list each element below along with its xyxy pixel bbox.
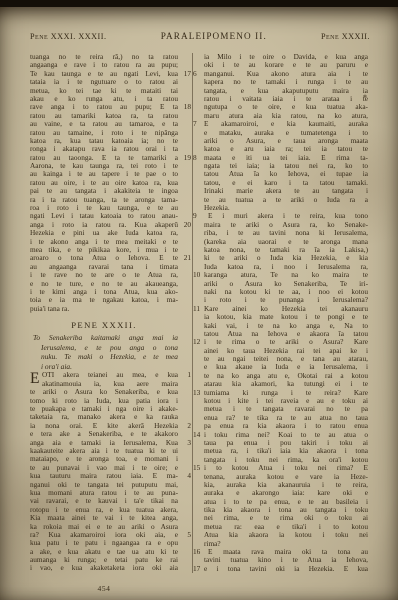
line-text: a ake, e kua akatu e tae ua atu ki te: [30, 548, 178, 556]
line-text: Kare ainei ko Hezekia tei akanauru: [204, 305, 368, 313]
text-line: tangata i toku nei rima, ka ora'i kotou: [204, 456, 368, 464]
line-text: ra? Kua akamaroiroi iora oki aia, e: [30, 531, 178, 539]
line-text: ia kotou, kia mate kotou i te pongi e te: [204, 313, 368, 321]
left-text-column: tuanga no te reira rā,) no ta ratouangaa…: [30, 53, 178, 573]
line-text: atarau kia akamori, ka tutungi ei i te: [204, 380, 368, 388]
line-text: enua ra? te tika ra te au atua no taua: [204, 414, 368, 422]
text-line: te au punavai i vao mai i te oire; e: [30, 464, 178, 472]
text-line: pai te au tangata i akakiteia te ingoa: [30, 187, 178, 195]
line-text: mea tika, e te pikikaa kore, i mua i te: [30, 246, 178, 254]
line-text: manganui. Kua akono atura aia i te: [204, 70, 368, 78]
line-text: metua ra: eaa e tika'i i to kotou: [204, 523, 368, 531]
line-text: roa i roto i te kau taunga, e te au: [30, 204, 178, 212]
verse-number: 12: [193, 338, 200, 346]
line-text: Ierusalema, e te pou anga o tona: [30, 343, 178, 353]
text-line: ariki o Asura ko Senakeriba, Te iri-: [204, 280, 368, 288]
line-text: karanga atura, Te na ko maira te: [204, 271, 368, 279]
text-line: i vao, e kua akaketaketa iora oki aia: [30, 564, 178, 572]
text-line: e kua akaue ia Iuda e ia Ierusalema, i: [204, 363, 368, 371]
text-line: riba, i te au tavini nona ki Ierusalema,: [204, 229, 368, 237]
line-text: ka rokoia mai ei e te au ariki o Asura: [30, 523, 178, 531]
line-text: e mataku, auraka e tumatetenga i to: [204, 129, 368, 137]
line-text: kua momani atura ratou i te au puna-: [30, 489, 178, 497]
line-text: au angaanga ravarai tana i timata: [30, 263, 178, 271]
text-line: kua patu i te patu i ngaangaa ra e opu: [30, 539, 178, 547]
text-line: kaakauteite akera aia i te tuatua ki te …: [30, 447, 178, 455]
text-line: rotopu i te enua ra, e kua tuatua akera,: [30, 506, 178, 514]
line-text: tataia ia i te ngutuare o to ratou ai: [30, 78, 178, 86]
text-line: e tera ake a Senakeriba, e te akakoro: [30, 430, 178, 438]
line-text: oki i te au korare e te au paruru e: [204, 61, 368, 69]
line-text: i te kimi anga i tona Atua, kua ako-: [30, 288, 178, 296]
text-line: atua i to te pa enua, e te au basileia i: [204, 498, 368, 506]
line-text: Kia maata ainei te vai i te kitea anga,: [30, 514, 178, 522]
line-text: te au punavai i vao mai i te oire; e: [30, 464, 178, 472]
text-line: katoa e aru iaia ra; tei ia tatou te: [204, 145, 368, 153]
line-text: tuanga no te reira rā,) no ta ratou: [30, 53, 178, 61]
line-text: katoa ra, kua tatau katoaia ia; no te: [30, 137, 178, 145]
line-text: tatou, e ei karo i ta tatou tamaki.: [204, 179, 368, 187]
line-text: metua i te tangata ravarai no te pa: [204, 405, 368, 413]
verse-number: 3: [187, 439, 191, 447]
line-text: au vaine, e ta ratou au tamaroa, e ta: [30, 120, 178, 128]
text-line: tavini tuatua kino i te Atua ia Iehova,: [204, 556, 368, 564]
text-line: tatou Atua īa ko Iehova, ei tupae ia: [204, 170, 368, 178]
text-line: Hezekia e pini ua ake Iuda katoa ra,: [30, 229, 178, 237]
line-text: ngata tei iaia; ia tatou nei ra, ko to: [204, 162, 368, 170]
line-text: riba, i te au tavini nona ki Ierusalema,: [204, 229, 368, 237]
text-line: e i tona tavini oki ia Hezekia. E kua17: [204, 565, 368, 573]
line-text: maru atura aia kia ratou, na ko atura,: [204, 112, 368, 120]
line-text: i vao, e kua akaketaketa iora oki aia: [30, 564, 178, 572]
line-text: Hezekia e pini ua ake Iuda katoa ra,: [30, 229, 178, 237]
text-line: i te rave no te are o te Atua ra,: [30, 271, 178, 279]
text-line: ra? Kua akamaroiroi iora oki aia, e5: [30, 531, 178, 539]
verse-number: 17: [184, 70, 191, 78]
verse-number: 9: [193, 212, 197, 220]
verse-number: 4: [187, 472, 191, 480]
line-text: tangata, e kua akaputuputu maira ia: [204, 87, 368, 95]
text-line: ia Milo i te oire o Davida, e kua anga: [204, 53, 368, 61]
verse-number: 16: [193, 548, 200, 556]
running-head-right: Pene XXXII.: [321, 32, 370, 41]
line-text: kaakauteite akera aia i te tuatua ki te …: [30, 447, 178, 455]
line-text: ronga i akatapu rava ia ratou orai i ta: [30, 145, 178, 153]
line-text: te puakapa e tamaki i nga oire i akake-: [30, 405, 178, 413]
line-text: tavini tuatua kino i te Atua ia Iehova,: [204, 556, 368, 564]
text-line: kaki vai, i te na ko anga e, Na to: [204, 322, 368, 330]
line-text: E i muri akera i te reira, kua tono: [204, 212, 368, 220]
line-text: naki na kotou ki te aa, i noo ei kotou: [204, 288, 368, 296]
drop-cap: E: [30, 371, 39, 387]
line-text: puia'i tana ra.: [30, 305, 178, 313]
chapter-summary-line: Ierusalema, e te pou anga o tona: [30, 343, 178, 353]
line-text: kia, auraka kia akanauruia i te reira,: [204, 481, 368, 489]
text-line: Kare ainei ko Hezekia tei akanauru11: [204, 305, 368, 313]
text-line: kia, auraka kia akanauruia i te reira,: [204, 481, 368, 489]
line-text: auraka e akarongo iaia: kare oki e: [204, 489, 368, 497]
text-line: Aarona, te kau taunga ra, tei roto i te: [30, 162, 178, 170]
line-text: (kareka aia uaorai e te aronga mana: [204, 238, 368, 246]
verse-number: 2: [187, 422, 191, 430]
text-line: ratou au taoonga. E ta te tamariki a19: [30, 154, 178, 162]
text-line: tomo ki roto ia Iuda, kua patia iora i: [30, 397, 178, 405]
text-line: kapera no te tamaki i runga i te au: [204, 78, 368, 86]
text-line: aroaro o tona Atua o Iehova. E te21: [30, 254, 178, 262]
line-text: tatou Atua na Iehova e akaora īa tatou: [204, 330, 368, 338]
text-line: metua i te tangata ravarai no te pa: [204, 405, 368, 413]
text-line: ngata tei iaia; ia tatou nei ra, ko to: [204, 162, 368, 170]
line-text: ariki o Asura, e taua aronga maata: [204, 137, 368, 145]
line-text: ratou au tamaine, i roto i te nipānga: [30, 129, 178, 137]
line-text: ia Milo i te oire o Davida, e kua anga: [204, 53, 368, 61]
verse-number: 14: [193, 431, 200, 439]
text-line: au angaanga ravarai tana i timata: [30, 263, 178, 271]
chapter-summary-line: i ora'i aia.: [30, 362, 178, 372]
verse-number: 18: [184, 103, 191, 111]
text-line: kua tauturu maira ratou iaia. E ma-4: [30, 472, 178, 480]
line-text: kotou i kite i tei raveia e au e toku ai: [204, 397, 368, 405]
line-text: Atua kia akaora ia kotou i toku nei: [204, 531, 368, 539]
text-line: te puakapa e tamaki i nga oire i akake-: [30, 405, 178, 413]
text-line: kua momani atura ratou i te au puna-: [30, 489, 178, 497]
text-line: tatou, e ei karo i ta tatou tamaki.: [204, 179, 368, 187]
text-line: mea tika, e te pikikaa kore, i mua i te: [30, 246, 178, 254]
line-text: maira te ariki o Asura ra, ko Senake-: [204, 221, 368, 229]
line-text: te na ko anga atu e, Okotai rai a kotou: [204, 372, 368, 380]
line-text: Aarona, te kau taunga ra, tei roto i te: [30, 162, 178, 170]
text-line: ratou au oire, i te au oire katoa ra, ku…: [30, 179, 178, 187]
book-page: Pene XXXI. XXXII. PARALEIPOMENO II. Pene…: [0, 7, 398, 600]
text-line: ainei ko taua Hezekia rai tei apai ke i: [204, 347, 368, 355]
text-line: ratou au tamariki katoa ra, ta ratou: [30, 112, 178, 120]
line-text: i te rave no te are o te Atua ra,: [30, 271, 178, 279]
line-text: e i tona tavini oki ia Hezekia. E kua: [204, 565, 368, 573]
line-text: E akamaroiroi, e kia kaumaiti, auraka: [204, 120, 368, 128]
text-line: e no te ture, e no te au akaueanga,: [30, 280, 178, 288]
line-text: i roto i te punanga i Ierusalema?: [204, 296, 368, 304]
text-line: ia nona orai. E kite akerā Hezekia2: [30, 422, 178, 430]
line-text: OTI akera teianei au mea, e kua: [30, 371, 178, 379]
verse-number: 8: [193, 154, 197, 162]
line-text: pai te au tangata i akakiteia te ingoa: [30, 187, 178, 195]
text-line: pa enua ra kia akaora i to ratou enua: [204, 422, 368, 430]
text-line: ka rokoia mai ei e te au ariki o Asura: [30, 523, 178, 531]
text-line: toia e ia ma te ngakau katoa, i ma-: [30, 296, 178, 304]
text-line: enua ra? te tika ra te au atua no taua: [204, 414, 368, 422]
line-text: ratou au taoonga. E ta te tamariki a: [30, 154, 178, 162]
text-line: taketaia ra, manako akera e ka rauka: [30, 413, 178, 421]
text-line: EOTI akera teianei au mea, e kua1: [30, 371, 178, 379]
line-text: Hezekia.: [204, 204, 368, 212]
text-line: akau e ko runga atu, i ta ratou: [30, 95, 178, 103]
line-text: atua i to te pa enua, e te au basileia i: [204, 498, 368, 506]
line-text: mataiapo, e te aronga toa, e momani i: [30, 455, 178, 463]
text-line: ratou i vaitata iaia i te arataa i te: [204, 95, 368, 103]
line-text: metua ra, i tika'i iaia kia akaora i ton…: [204, 447, 368, 455]
verse-number: 1: [187, 371, 191, 379]
line-text: anga aia e tamaki ia Ierusalema, Kua: [30, 439, 178, 447]
line-text: ngutupa o te oire, e kua tuatua aka-: [204, 103, 368, 111]
line-text: tomo ki roto ia Iuda, kua patia iora i: [30, 397, 178, 405]
line-text: katoa e aru iaia ra; tei ia tatou te: [204, 145, 368, 153]
text-line: metua, ko tei tae ki te mataiti tai: [30, 87, 178, 95]
line-text: ratou i vaitata iaia i te arataa i te: [204, 95, 368, 103]
text-line: aumanga ki runga; e tetai patu ke rai: [30, 556, 178, 564]
text-columns: tuanga no te reira rā,) no ta ratouangaa…: [30, 53, 398, 573]
verse-number: 19: [184, 154, 191, 162]
text-line: ratou au tamaine, i roto i te nipānga: [30, 129, 178, 137]
right-text-column: ia Milo i te oire o Davida, e kua angaok…: [204, 53, 368, 573]
chapter-summary-line: nuku. Te maki o Hezekia, e te mea: [30, 352, 178, 362]
verse-number: 21: [184, 254, 191, 262]
line-text: tenana, auraka kotou e vare ia Heze-: [204, 473, 368, 481]
text-line: rave anga i to ratou au pupu; E ta18: [30, 103, 178, 111]
line-text: i toku rima nei? Koai to te au atua o: [204, 431, 368, 439]
book-title: PARALEIPOMENO II.: [161, 31, 267, 41]
line-text: anga i roto ia ratou ra. Kua akaperū: [30, 221, 178, 229]
line-text: kua patu i te patu i ngaangaa ra e opu: [30, 539, 178, 547]
line-text: e kua akaue ia Iuda e ia Ierusalema, i: [204, 363, 368, 371]
line-text: taua pa enua i pou takiri i toku ai: [204, 439, 368, 447]
line-text: toia e ia ma te ngakau katoa, i ma-: [30, 296, 178, 304]
line-text: akau e ko runga atu, i ta ratou: [30, 95, 178, 103]
text-line: Atua kia akaora ia kotou i toku nei: [204, 531, 368, 539]
text-line: rima?: [204, 540, 368, 548]
verse-number: 11: [193, 305, 200, 313]
text-line: Te kau taunga e te au ngati Levi, kua17: [30, 70, 178, 78]
line-text: akatinamouia ia, kua aere maira: [30, 380, 178, 388]
line-text: ngati Levi i tatau katoaia to ratou anau…: [30, 212, 178, 220]
text-line: E i muri akera i te reira, kua tono9: [204, 212, 368, 220]
text-line: anga i roto ia ratou ra. Kua akaperū20: [30, 221, 178, 229]
line-text: i ora'i aia.: [30, 362, 178, 372]
text-line: Kia maata ainei te vai i te kitea anga,: [30, 514, 178, 522]
text-line: nganui oki te tangata tei putuputu mai,: [30, 481, 178, 489]
text-line: karanga atura, Te na ko maira te10: [204, 271, 368, 279]
line-text: To Senakeriba kaitamaki anga mai ia: [30, 333, 178, 343]
line-text: E maata rava maira oki ta tona au: [204, 548, 368, 556]
text-line: i roto i te punanga i Ierusalema?: [204, 296, 368, 304]
line-text: angaanga e rave i to ratou ra au pupu;: [30, 61, 178, 69]
text-line: maru atura aia kia ratou, na ko atura,: [204, 112, 368, 120]
text-line: a ake, e kua akatu e tae ua atu ki te: [30, 548, 178, 556]
line-text: maata e iti ua tei iaia. E rima ta-: [204, 154, 368, 162]
line-text: metua, ko tei tae ki te mataiti tai: [30, 87, 178, 95]
line-text: aumanga ki runga; e tetai patu ke rai: [30, 556, 178, 564]
line-text: Iuda katoa ra, i noo i Ierusalema ra,: [204, 263, 368, 271]
page-number: 454: [30, 584, 178, 593]
text-line: tika kia akaora i tona au tangata i toku: [204, 506, 368, 514]
verse-number: 10: [193, 271, 200, 279]
text-line: tangata, e kua akaputuputu maira ia: [204, 87, 368, 95]
text-line: te au ngai teitei nona, e tana au atarau…: [204, 355, 368, 363]
text-line: maira te ariki o Asura ra, ko Senake-: [204, 221, 368, 229]
line-text: te au tuatua a te ariki o Iuda ra a: [204, 196, 368, 204]
line-text: au kainga i te au tapere i te pae o to: [30, 170, 178, 178]
line-text: ra i ta ratou tuanga, ta te aronga tama-: [30, 196, 178, 204]
text-line: ki te ariki o Iuda kia Hezekia, e kia: [204, 254, 368, 262]
text-line: i te kimi anga i tona Atua, kua ako-: [30, 288, 178, 296]
text-line: te na ko anga atu e, Okotai rai a kotou: [204, 372, 368, 380]
line-text: te au ngai teitei nona, e tana au atarau…: [204, 355, 368, 363]
text-line: tenana, auraka kotou e vare ia Heze-: [204, 473, 368, 481]
line-text: rima?: [204, 540, 368, 548]
line-text: aroaro o tona Atua o Iehova. E te: [30, 254, 178, 262]
line-text: ainei ko taua Hezekia rai tei apai ke i: [204, 347, 368, 355]
text-line: kotou i kite i tei raveia e au e toku ai: [204, 397, 368, 405]
verse-number: 15: [193, 464, 200, 472]
text-line: atarau kia akamori, ka tutungi ei i te: [204, 380, 368, 388]
text-line: roa i roto i te kau taunga, e te au: [30, 204, 178, 212]
text-line: Iuda katoa ra, i noo i Ierusalema ra,: [204, 263, 368, 271]
line-text: e no te ture, e no te au akaueanga,: [30, 280, 178, 288]
line-text: tika kia akaora i tona au tangata i toku: [204, 506, 368, 514]
line-text: Irinaki marie akera te au tangata i: [204, 187, 368, 195]
line-text: nganui oki te tangata tei putuputu mai,: [30, 481, 178, 489]
text-line: i te akono anga i te mea meitaki e te: [30, 238, 178, 246]
text-line: auraka e akarongo iaia: kare oki e: [204, 489, 368, 497]
running-head-left: Pene XXXI. XXXII.: [30, 32, 107, 41]
line-text: rave anga i to ratou au pupu; E ta: [30, 103, 178, 111]
text-line: nei rima, e te rima oki o toku ai: [204, 514, 368, 522]
text-line: tuanga no te reira rā,) no ta ratou: [30, 53, 178, 61]
text-line: puia'i tana ra.: [30, 305, 178, 313]
text-line: e mataku, auraka e tumatetenga i to: [204, 129, 368, 137]
text-line: au vaine, e ta ratou au tamaroa, e ta: [30, 120, 178, 128]
line-text: ariki o Asura ko Senakeriba, Te iri-: [204, 280, 368, 288]
text-line: ia kotou, kia mate kotou i te pongi e te: [204, 313, 368, 321]
text-line: Irinaki marie akera te au tangata i: [204, 187, 368, 195]
text-line: i te rima o te ariki o Asura? Kare12: [204, 338, 368, 346]
line-text: kua tauturu maira ratou iaia. E ma-: [30, 472, 178, 480]
text-line: ra i ta ratou tuanga, ta te aronga tama-: [30, 196, 178, 204]
text-line: te au tuatua a te ariki o Iuda ra a: [204, 196, 368, 204]
text-line: (kareka aia uaorai e te aronga mana: [204, 238, 368, 246]
chapter-heading: PENE XXXII.: [30, 313, 178, 333]
text-line: ngutupa o te oire, e kua tuatua aka-: [204, 103, 368, 111]
page-header: Pene XXXI. XXXII. PARALEIPOMENO II. Pene…: [30, 31, 370, 43]
line-text: pa enua ra kia akaora i to ratou enua: [204, 422, 368, 430]
line-text: i te akono anga i te mea meitaki e te: [30, 238, 178, 246]
verse-number: 20: [184, 221, 191, 229]
text-line: katoa nona, te tamaki ra īa ia Lakisa,): [204, 246, 368, 254]
line-text: nei rima, e te rima oki o toku ai: [204, 514, 368, 522]
line-text: ia nona orai. E kite akerā Hezekia: [30, 422, 178, 430]
text-line: manganui. Kua akono atura aia i te6: [204, 70, 368, 78]
line-text: e tera ake a Senakeriba, e te akakoro: [30, 430, 178, 438]
text-line: oki i te au korare e te au paruru e: [204, 61, 368, 69]
text-line: vai ravarai, e te kauvai i ta'e tikai na: [30, 497, 178, 505]
text-line: naki na kotou ki te aa, i noo ei kotou: [204, 288, 368, 296]
text-line: katoa ra, kua tatau katoaia ia; no te: [30, 137, 178, 145]
text-line: metua ra: eaa e tika'i i to kotou: [204, 523, 368, 531]
text-line: ngati Levi i tatau katoaia to ratou anau…: [30, 212, 178, 220]
line-text: ratou au oire, i te au oire katoa ra, ku…: [30, 179, 178, 187]
line-text: PENE XXXII.: [30, 313, 178, 333]
line-text: rotopu i te enua ra, e kua tuatua akera,: [30, 506, 178, 514]
text-line: Hezekia.: [204, 204, 368, 212]
text-line: E maata rava maira oki ta tona au16: [204, 548, 368, 556]
chapter-summary-line: To Senakeriba kaitamaki anga mai ia: [30, 333, 178, 343]
text-line: mataiapo, e te aronga toa, e momani i: [30, 455, 178, 463]
text-line: tataia ia i te ngutuare o to ratou ai: [30, 78, 178, 86]
line-text: kaki vai, i te na ko anga e, Na to: [204, 322, 368, 330]
line-text: ki te ariki o Iuda kia Hezekia, e kia: [204, 254, 368, 262]
text-line: au kainga i te au tapere i te pae o to: [30, 170, 178, 178]
line-text: Te kau taunga e te au ngati Levi, kua: [30, 70, 178, 78]
text-line: tatou Atua na Iehova e akaora īa tatou: [204, 330, 368, 338]
line-text: i to kotou Atua i toku nei rima? E: [204, 464, 368, 472]
line-text: vai ravarai, e te kauvai i ta'e tikai na: [30, 497, 178, 505]
text-line: te ariki o Asura ko Senakeriba, e kua: [30, 388, 178, 396]
verse-number: 6: [193, 70, 197, 78]
text-line: maata e iti ua tei iaia. E rima ta-8: [204, 154, 368, 162]
text-line: ronga i akatapu rava ia ratou orai i ta: [30, 145, 178, 153]
text-line: metua ra, i tika'i iaia kia akaora i ton…: [204, 447, 368, 455]
text-line: i toku rima nei? Koai to te au atua o14: [204, 431, 368, 439]
line-text: te ariki o Asura ko Senakeriba, e kua: [30, 388, 178, 396]
text-line: E akamaroiroi, e kia kaumaiti, auraka7: [204, 120, 368, 128]
line-text: tangata i toku nei rima, ka ora'i kotou: [204, 456, 368, 464]
text-line: tumiama ki runga i te reira? Kare13: [204, 389, 368, 397]
line-text: kapera no te tamaki i runga i te au: [204, 78, 368, 86]
line-text: tatou Atua īa ko Iehova, ei tupae ia: [204, 170, 368, 178]
verse-number: 13: [193, 389, 200, 397]
text-line: akatinamouia ia, kua aere maira: [30, 380, 178, 388]
text-line: anga aia e tamaki ia Ierusalema, Kua3: [30, 439, 178, 447]
line-text: katoa nona, te tamaki ra īa ia Lakisa,): [204, 246, 368, 254]
verse-number: 5: [187, 531, 191, 539]
text-line: i to kotou Atua i toku nei rima? E15: [204, 464, 368, 472]
line-text: i te rima o te ariki o Asura? Kare: [204, 338, 368, 346]
footnote-asterisk: *: [363, 93, 367, 102]
line-text: nuku. Te maki o Hezekia, e te mea: [30, 352, 178, 362]
verse-number: 7: [193, 120, 197, 128]
text-line: taua pa enua i pou takiri i toku ai: [204, 439, 368, 447]
line-text: ratou au tamariki katoa ra, ta ratou: [30, 112, 178, 120]
line-text: taketaia ra, manako akera e ka rauka: [30, 413, 178, 421]
text-line: ariki o Asura, e taua aronga maata: [204, 137, 368, 145]
text-line: angaanga e rave i to ratou ra au pupu;: [30, 61, 178, 69]
line-text: tumiama ki runga i te reira? Kare: [204, 389, 368, 397]
verse-number: 17: [193, 565, 200, 573]
